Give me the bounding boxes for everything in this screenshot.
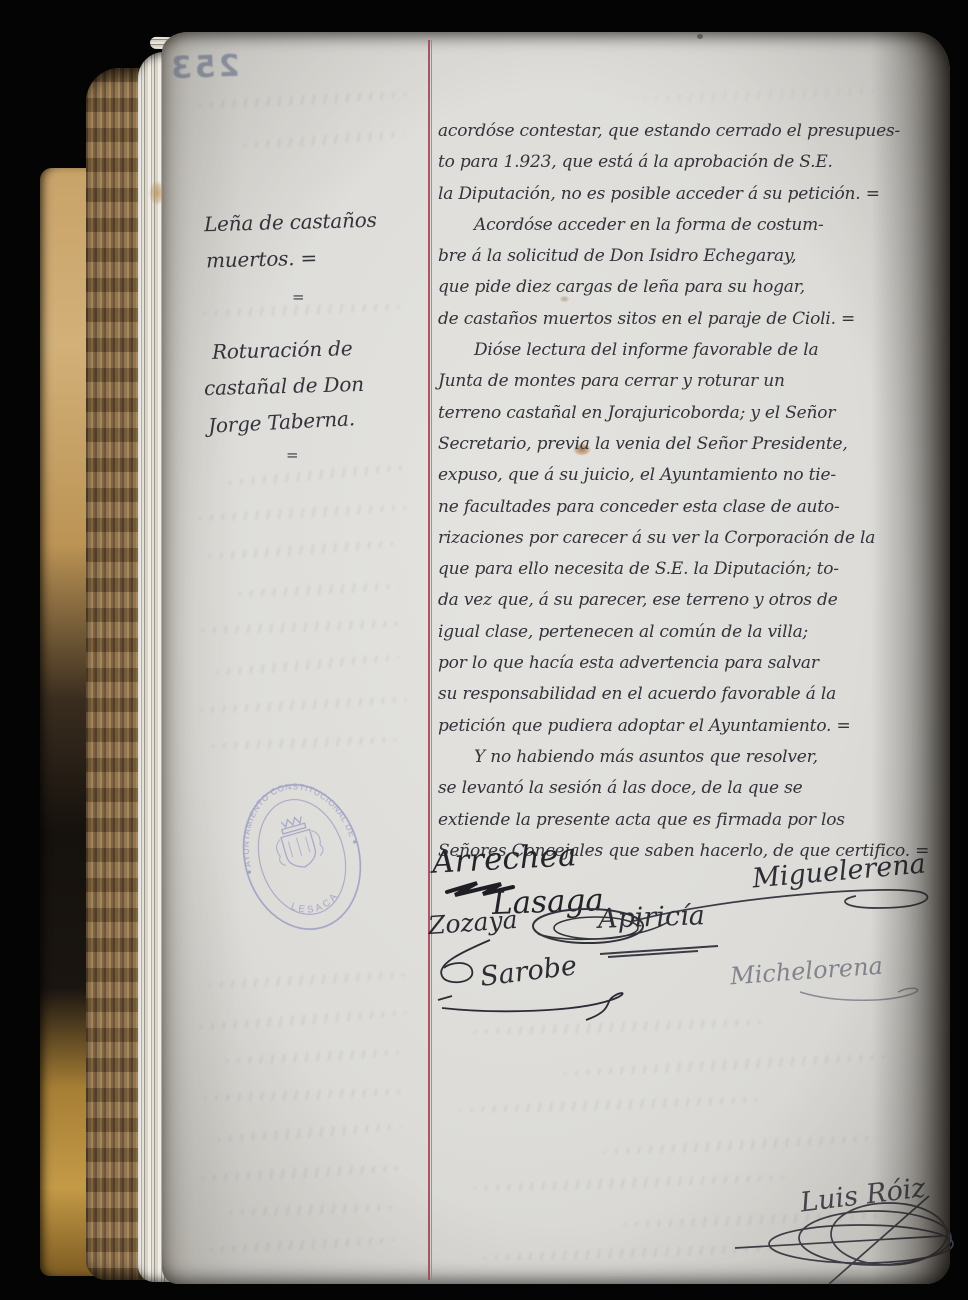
- signature-apiricia-underline: [598, 944, 728, 958]
- body-text-line: expuso, que á su juicio, el Ayuntamiento…: [438, 460, 946, 491]
- body-text-line: terreno castañal en Jorajuricoborda; y e…: [438, 398, 946, 429]
- body-text-line: rizaciones por carecer á su ver la Corpo…: [438, 523, 946, 554]
- body-text-line: su responsabilidad en el acuerdo favorab…: [438, 679, 946, 710]
- body-text-line: por lo que hacía esta advertencia para s…: [438, 648, 946, 679]
- foxing-spot: [697, 34, 703, 39]
- signature-sarobe-flourish: [436, 988, 651, 1030]
- margin-note-lena-line1: Leña de castaños: [204, 208, 377, 237]
- body-text-line: Dióse lectura del informe favorable de l…: [438, 335, 946, 366]
- margin-note-lena-end-mark: =: [292, 288, 304, 306]
- book-photo: 253 AYUNTAMIENTO CONSTITUCIONAL DE LESAC…: [0, 0, 968, 1300]
- body-text-line: de castaños muertos sitos en el paraje d…: [438, 304, 946, 335]
- body-text-line: ne facultades para conceder esta clase d…: [438, 492, 946, 523]
- body-text-line: Y no habiendo más asuntos que resolver,: [438, 742, 946, 773]
- body-text-line: Acordóse acceder en la forma de costum-: [438, 210, 946, 241]
- signature-luis-roiz-rubric: [733, 1192, 961, 1290]
- margin-note-roturacion-line1: Roturación de: [212, 336, 353, 364]
- signature-michelorena-flourish: [798, 984, 923, 1010]
- body-text-line: que pide diez cargas de leña para su hog…: [438, 272, 946, 303]
- page-number-bleedthrough: 253: [167, 49, 240, 86]
- body-text-line: se levantó la sesión á las doce, de la q…: [438, 773, 946, 804]
- svg-text:LESACA: LESACA: [287, 888, 345, 922]
- body-text-line: que para ello necesita de S.E. la Diputa…: [438, 554, 946, 585]
- margin-note-lena-line2: muertos. =: [206, 246, 318, 273]
- body-text-line: petición que pudiera adoptar el Ayuntami…: [438, 711, 946, 742]
- body-text-line: bre á la solicitud de Don Isidro Echegar…: [438, 241, 946, 272]
- margin-note-roturacion-end-mark: =: [286, 446, 298, 464]
- body-text-line: da vez que, á su parecer, ese terreno y …: [438, 585, 946, 616]
- body-text-line: la Diputación, no es posible acceder á s…: [438, 179, 946, 210]
- signature-zozaya: Zozaya: [427, 905, 518, 940]
- body-text-line: to para 1.923, que está á la aprobación …: [438, 147, 946, 178]
- foxing-spot: [150, 182, 164, 204]
- margin-note-roturacion-line2: castañal de Don: [204, 372, 364, 400]
- signature-apiricia: Apiricía: [597, 900, 705, 935]
- body-text-line: igual clase, pertenecen al común de la v…: [438, 617, 946, 648]
- signature-arrechea: Arrechea: [431, 837, 577, 881]
- stamp-arc-bottom-text: LESACA: [287, 888, 345, 922]
- body-text-line: Secretario, previa la venia del Señor Pr…: [438, 429, 946, 460]
- stamp-coat-of-arms-icon: [269, 812, 326, 873]
- svg-text:AYUNTAMIENTO CONSTITUCIONAL DE: AYUNTAMIENTO CONSTITUCIONAL DE: [223, 767, 358, 869]
- body-text-line: extiende la presente acta que es firmada…: [438, 805, 946, 836]
- body-text-line: acordóse contestar, que estando cerrado …: [438, 116, 946, 147]
- stamp-arc-top-text: AYUNTAMIENTO CONSTITUCIONAL DE: [223, 767, 358, 869]
- margin-rule: [428, 40, 434, 1280]
- body-text: acordóse contestar, que estando cerrado …: [438, 116, 946, 867]
- body-text-line: Junta de montes para cerrar y roturar un: [438, 366, 946, 397]
